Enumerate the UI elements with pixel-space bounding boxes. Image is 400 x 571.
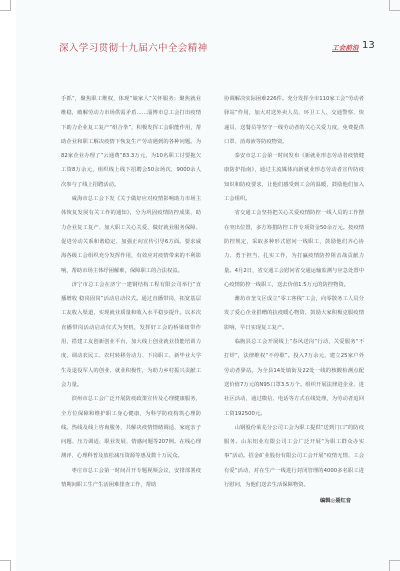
- paragraph: 山钢股份莱芜分公司工会为职工提供“送到门口”的防疫服务。山东铝业有限公司工会广泛…: [224, 421, 364, 492]
- page-header-title: 深入学习贯彻十九届六中全会精神: [59, 40, 208, 54]
- paragraph: 滨州市总工会广泛开展防疫政策宣传及心理健康服务，全方位保障和维护职工身心健康，为…: [61, 392, 201, 463]
- page-number: 13: [362, 40, 375, 51]
- paragraph: 枣庄市总工会第一时间召开专题视频会议，安排部署疫情期间职工生产生活困难排查工作，…: [61, 464, 201, 493]
- right-column: 协调解决实际困难226件。充分发挥全市110家工会“劳动者驿站”作用，加大对送外…: [224, 92, 364, 492]
- paragraph: 省交通工会坚持把关心关爱疫情防控一线人员的工作摆在突出位置，多方筹措防控工作专项…: [224, 206, 364, 292]
- paragraph: 泰安市总工会第一时间发布《新就业形态劳动者疫情健康防护指南》，通过主流媒体向新就…: [224, 149, 364, 206]
- section-tag: 工会前沿: [332, 43, 359, 52]
- editor-credit: 编辑◎聂红音: [320, 496, 351, 504]
- crop-mark-icon: [389, 560, 400, 571]
- crop-mark-icon: [389, 0, 400, 11]
- paragraph: 济宁市总工会在济宁一建钢结构工程有限公司举行“直播增收 稳岗固岗”活动启动仪式。…: [61, 278, 201, 392]
- paragraph: 协调解决实际困难226件。充分发挥全市110家工会“劳动者驿站”作用，加大对送外…: [224, 92, 364, 149]
- paragraph: 临朐县总工会开展线上“春风送岗”行动，关爱服务“不打烊”，法律维权“不停歇”。投…: [224, 335, 364, 421]
- crop-mark-icon: [0, 560, 11, 571]
- paragraph: 手抓”，聚焦职工维权，体现“娘家人”关怀服务；聚焦就业维稳，破解劳动力市场供需矛…: [61, 92, 201, 192]
- crop-mark-icon: [0, 0, 11, 11]
- magazine-page: 深入学习贯彻十九届六中全会精神 工会前沿 13 手抓”，聚焦职工维权，体现“娘家…: [16, 0, 400, 571]
- paragraph: 潍坊市奎文区成立“零工客栈”工会，向零散务工人员分发了爱心企业捐赠的抗疫暖心物资…: [224, 292, 364, 335]
- left-column: 手抓”，聚焦职工维权，体现“娘家人”关怀服务；聚焦就业维稳，破解劳动力市场供需矛…: [61, 92, 201, 492]
- paragraph: 威海市总工会下发《关于做好应对疫情影响助力市场主体恢复发展有关工作的通知》，分为…: [61, 192, 201, 278]
